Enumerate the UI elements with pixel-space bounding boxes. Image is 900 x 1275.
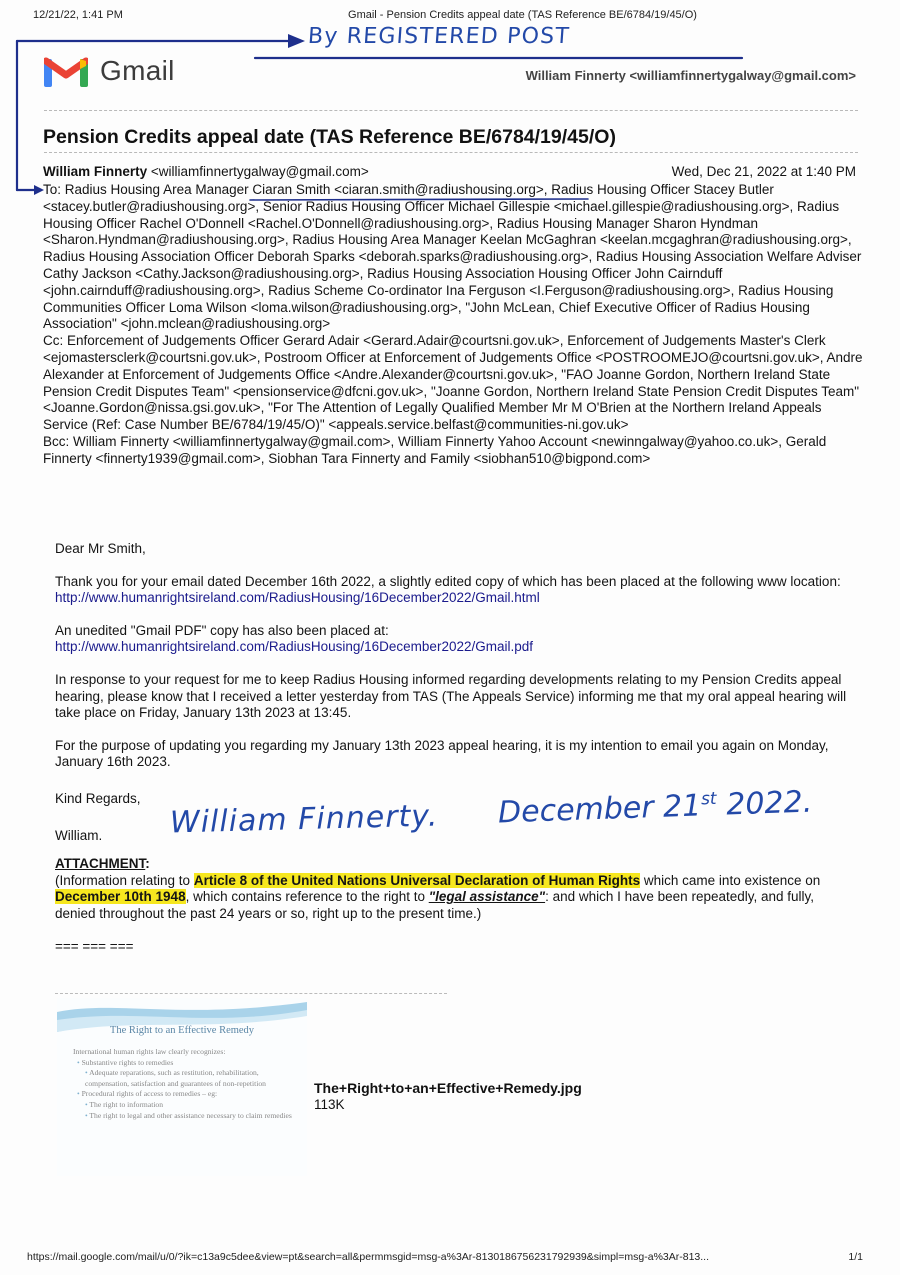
arrow-head-icon [288, 34, 305, 48]
email-date: Wed, Dec 21, 2022 at 1:40 PM [672, 164, 856, 179]
highlight-date-1948: December 10th 1948 [55, 889, 186, 904]
pdf-copy-link[interactable]: http://www.humanrightsireland.com/Radius… [55, 639, 533, 654]
thumbnail-line: • Procedural rights of access to remedie… [73, 1089, 303, 1100]
attachment-note: ATTACHMENT: (Information relating to Art… [55, 856, 855, 922]
attachment-file-size: 113K [314, 1097, 345, 1112]
attachment-divider [55, 993, 447, 994]
sender-email: <williamfinnertygalway@gmail.com> [151, 164, 369, 179]
recipients-block: To: Radius Housing Area Manager Ciaran S… [43, 182, 863, 468]
bcc-recipients: Bcc: William Finnerty <williamfinnertyga… [43, 434, 863, 468]
attachment-file-name[interactable]: The+Right+to+an+Effective+Remedy.jpg [314, 1080, 582, 1096]
legal-assistance-emphasis: "legal assistance" [429, 889, 545, 904]
email-subject: Pension Credits appeal date (TAS Referen… [43, 126, 616, 149]
gmail-brand-text: Gmail [100, 55, 175, 87]
attachment-heading: ATTACHMENT [55, 856, 145, 871]
cc-recipients: Cc: Enforcement of Judgements Officer Ge… [43, 333, 863, 434]
thumbnail-title: The Right to an Effective Remedy [57, 1025, 307, 1036]
print-page-title: Gmail - Pension Credits appeal date (TAS… [0, 9, 900, 21]
thumbnail-line: • Substantive rights to remedies [73, 1058, 303, 1069]
attachment-thumbnail[interactable]: The Right to an Effective Remedy Interna… [57, 998, 307, 1176]
highlight-article-8: Article 8 of the United Nations Universa… [194, 873, 640, 888]
handwritten-registered-post: By REGISTERED POST [307, 24, 571, 49]
thumbnail-line: • The right to legal and other assistanc… [73, 1111, 303, 1122]
sender-name: William Finnerty [43, 164, 147, 179]
divider-text: === === === [55, 939, 855, 956]
sender: William Finnerty <williamfinnertygalway@… [43, 164, 369, 179]
print-footer-url: https://mail.google.com/mail/u/0/?ik=c13… [27, 1251, 709, 1263]
greeting: Dear Mr Smith, [55, 541, 855, 558]
gmail-logo: Gmail [44, 55, 175, 87]
thumbnail-line: • The right to information [73, 1100, 303, 1111]
paragraph-2: An unedited "Gmail PDF" copy has also be… [55, 623, 855, 656]
paragraph-4: For the purpose of updating you regardin… [55, 738, 855, 771]
to-recipients: To: Radius Housing Area Manager Ciaran S… [43, 182, 863, 333]
thumbnail-line: • Adequate reparations, such as restitut… [73, 1068, 303, 1089]
thumbnail-text: International human rights law clearly r… [73, 1047, 303, 1121]
handwritten-signature: William Finnerty. [170, 798, 439, 840]
account-identity: William Finnerty <williamfinnertygalway@… [526, 68, 856, 83]
subject-divider [44, 152, 858, 153]
email-body: Dear Mr Smith, Thank you for your email … [55, 541, 855, 971]
header-divider [44, 110, 858, 111]
html-copy-link[interactable]: http://www.humanrightsireland.com/Radius… [55, 590, 540, 605]
paragraph-3: In response to your request for me to ke… [55, 672, 855, 722]
paragraph-1: Thank you for your email dated December … [55, 574, 855, 607]
gmail-m-icon [44, 55, 88, 87]
thumbnail-line: International human rights law clearly r… [73, 1047, 303, 1058]
print-page-number: 1/1 [848, 1251, 863, 1263]
